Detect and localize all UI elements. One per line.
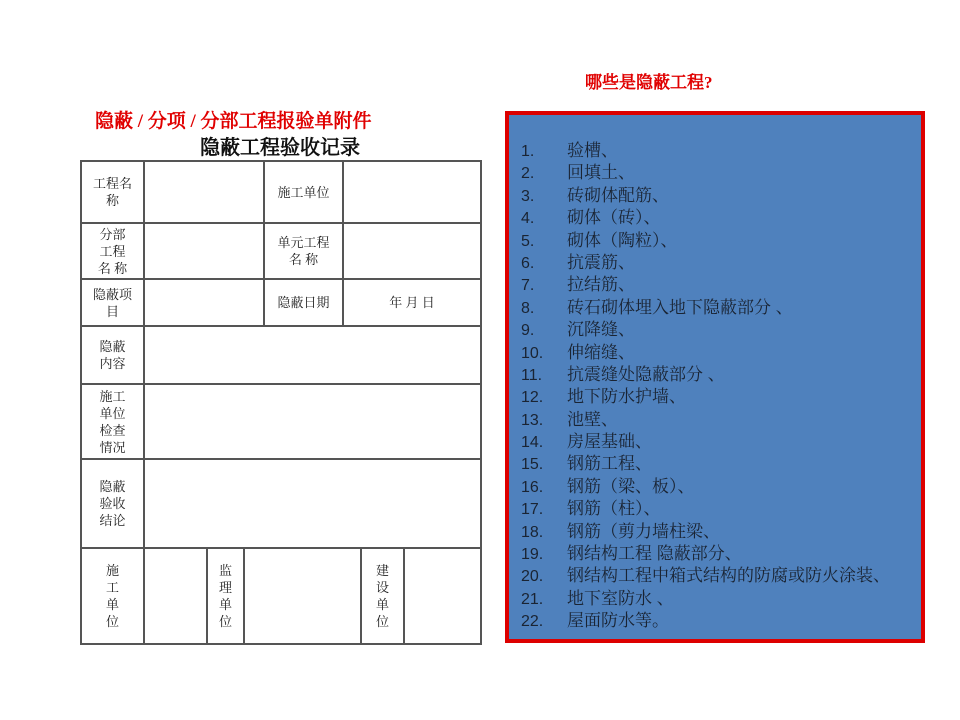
contractor-check-value-cell (144, 384, 481, 459)
project-name-label: 工程名 称 (81, 161, 144, 223)
table-row: 施 工 单 位 监 理 单 位 建 设 单 位 (81, 548, 481, 644)
item-number: 2. (515, 163, 567, 185)
hidden-content-value-cell (144, 326, 481, 384)
list-item: 8.砖石砌体埋入地下隐蔽部分 、 (515, 297, 917, 319)
list-item: 17.钢筋（柱）、 (515, 498, 917, 520)
list-item: 10.伸缩缝、 (515, 342, 917, 364)
item-number: 3. (515, 186, 567, 208)
item-text: 拉结筋、 (567, 274, 917, 296)
item-number: 9. (515, 320, 567, 342)
item-text: 验槽、 (567, 140, 917, 162)
list-item: 12.地下防水护墙、 (515, 386, 917, 408)
item-text: 钢结构工程 隐蔽部分、 (567, 543, 917, 565)
list-item: 16.钢筋（梁、板）、 (515, 476, 917, 498)
item-number: 10. (515, 343, 567, 365)
item-number: 5. (515, 231, 567, 253)
attachment-title: 隐蔽 / 分项 / 分部工程报验单附件 (95, 106, 372, 133)
unit-work-value-cell (343, 223, 481, 279)
table-row: 工程名 称 施工单位 (81, 161, 481, 223)
contractor-check-label: 施工 单位 检查 情况 (81, 384, 144, 459)
list-item: 20.钢结构工程中箱式结构的防腐或防火涂装、 (515, 565, 917, 587)
item-text: 地下防水护墙、 (567, 386, 917, 408)
item-number: 20. (515, 566, 567, 588)
project-name-value-cell (144, 161, 264, 223)
contractor-sign-cell (144, 548, 207, 644)
list-item: 18.钢筋（剪力墙柱梁、 (515, 521, 917, 543)
list-item: 21.地下室防水 、 (515, 588, 917, 610)
hidden-item-value-cell (144, 279, 264, 326)
item-text: 池壁、 (567, 409, 917, 431)
list-item: 7.拉结筋、 (515, 274, 917, 296)
construction-unit-value-cell (343, 161, 481, 223)
list-item: 5.砌体（陶粒）、 (515, 230, 917, 252)
item-number: 16. (515, 477, 567, 499)
item-number: 18. (515, 522, 567, 544)
hidden-date-label: 隐蔽日期 (264, 279, 343, 326)
list-item: 1.验槽、 (515, 140, 917, 162)
list-item: 2.回填土、 (515, 162, 917, 184)
list-item: 4.砌体（砖）、 (515, 207, 917, 229)
item-text: 抗震缝处隐蔽部分 、 (567, 364, 917, 386)
item-text: 钢筋（梁、板）、 (567, 476, 917, 498)
item-text: 钢结构工程中箱式结构的防腐或防火涂装、 (567, 565, 917, 587)
item-text: 屋面防水等。 (567, 610, 917, 632)
item-text: 砖石砌体埋入地下隐蔽部分 、 (567, 297, 917, 319)
contractor-label: 施 工 单 位 (81, 548, 144, 644)
acceptance-conclusion-value-cell (144, 459, 481, 548)
item-number: 17. (515, 499, 567, 521)
division-work-value-cell (144, 223, 264, 279)
item-number: 1. (515, 141, 567, 163)
item-number: 7. (515, 275, 567, 297)
list-item: 3.砖砌体配筋、 (515, 185, 917, 207)
slide: 隐蔽 / 分项 / 分部工程报验单附件 隐蔽工程验收记录 工程名 称 施工单位 … (0, 0, 960, 720)
item-text: 抗震筋、 (567, 252, 917, 274)
list-item: 11.抗震缝处隐蔽部分 、 (515, 364, 917, 386)
item-text: 地下室防水 、 (567, 588, 917, 610)
item-number: 15. (515, 454, 567, 476)
construction-unit-label: 施工单位 (264, 161, 343, 223)
table-row: 隐蔽项 目 隐蔽日期 年 月 日 (81, 279, 481, 326)
item-text: 砖砌体配筋、 (567, 185, 917, 207)
table-row: 隐蔽 验收 结论 (81, 459, 481, 548)
hidden-item-label: 隐蔽项 目 (81, 279, 144, 326)
hidden-works-panel: 1.验槽、 2.回填土、 3.砖砌体配筋、 4.砌体（砖）、 5.砌体（陶粒）、… (505, 111, 925, 643)
record-title: 隐蔽工程验收记录 (80, 131, 480, 160)
item-number: 19. (515, 544, 567, 566)
table-row: 分部 工程 名 称 单元工程 名 称 (81, 223, 481, 279)
item-number: 22. (515, 611, 567, 633)
list-item: 19.钢结构工程 隐蔽部分、 (515, 543, 917, 565)
supervisor-sign-cell (244, 548, 361, 644)
acceptance-conclusion-label: 隐蔽 验收 结论 (81, 459, 144, 548)
item-number: 8. (515, 298, 567, 320)
item-text: 砌体（砖）、 (567, 207, 917, 229)
owner-sign-cell (404, 548, 481, 644)
list-item: 22.屋面防水等。 (515, 610, 917, 632)
hidden-work-acceptance-table: 工程名 称 施工单位 分部 工程 名 称 单元工程 名 称 隐蔽项 目 隐蔽日期… (80, 160, 482, 645)
item-text: 钢筋工程、 (567, 453, 917, 475)
list-item: 14.房屋基础、 (515, 431, 917, 453)
item-text: 房屋基础、 (567, 431, 917, 453)
list-item: 9.沉降缝、 (515, 319, 917, 341)
item-text: 沉降缝、 (567, 319, 917, 341)
item-text: 砌体（陶粒）、 (567, 230, 917, 252)
item-number: 12. (515, 387, 567, 409)
item-text: 钢筋（柱）、 (567, 498, 917, 520)
item-text: 伸缩缝、 (567, 342, 917, 364)
item-text: 钢筋（剪力墙柱梁、 (567, 521, 917, 543)
table-row: 隐蔽 内容 (81, 326, 481, 384)
list-item: 15.钢筋工程、 (515, 453, 917, 475)
item-number: 21. (515, 589, 567, 611)
item-text: 回填土、 (567, 162, 917, 184)
item-number: 14. (515, 432, 567, 454)
unit-work-label: 单元工程 名 称 (264, 223, 343, 279)
item-number: 11. (515, 365, 567, 387)
panel-title: 哪些是隐蔽工程? (585, 68, 713, 93)
hidden-content-label: 隐蔽 内容 (81, 326, 144, 384)
item-number: 4. (515, 208, 567, 230)
table-row: 施工 单位 检查 情况 (81, 384, 481, 459)
division-work-label: 分部 工程 名 称 (81, 223, 144, 279)
owner-label: 建 设 单 位 (361, 548, 404, 644)
hidden-date-value: 年 月 日 (343, 279, 481, 326)
item-number: 13. (515, 410, 567, 432)
list-item: 13.池壁、 (515, 409, 917, 431)
supervisor-label: 监 理 单 位 (207, 548, 244, 644)
item-number: 6. (515, 253, 567, 275)
list-item: 6.抗震筋、 (515, 252, 917, 274)
